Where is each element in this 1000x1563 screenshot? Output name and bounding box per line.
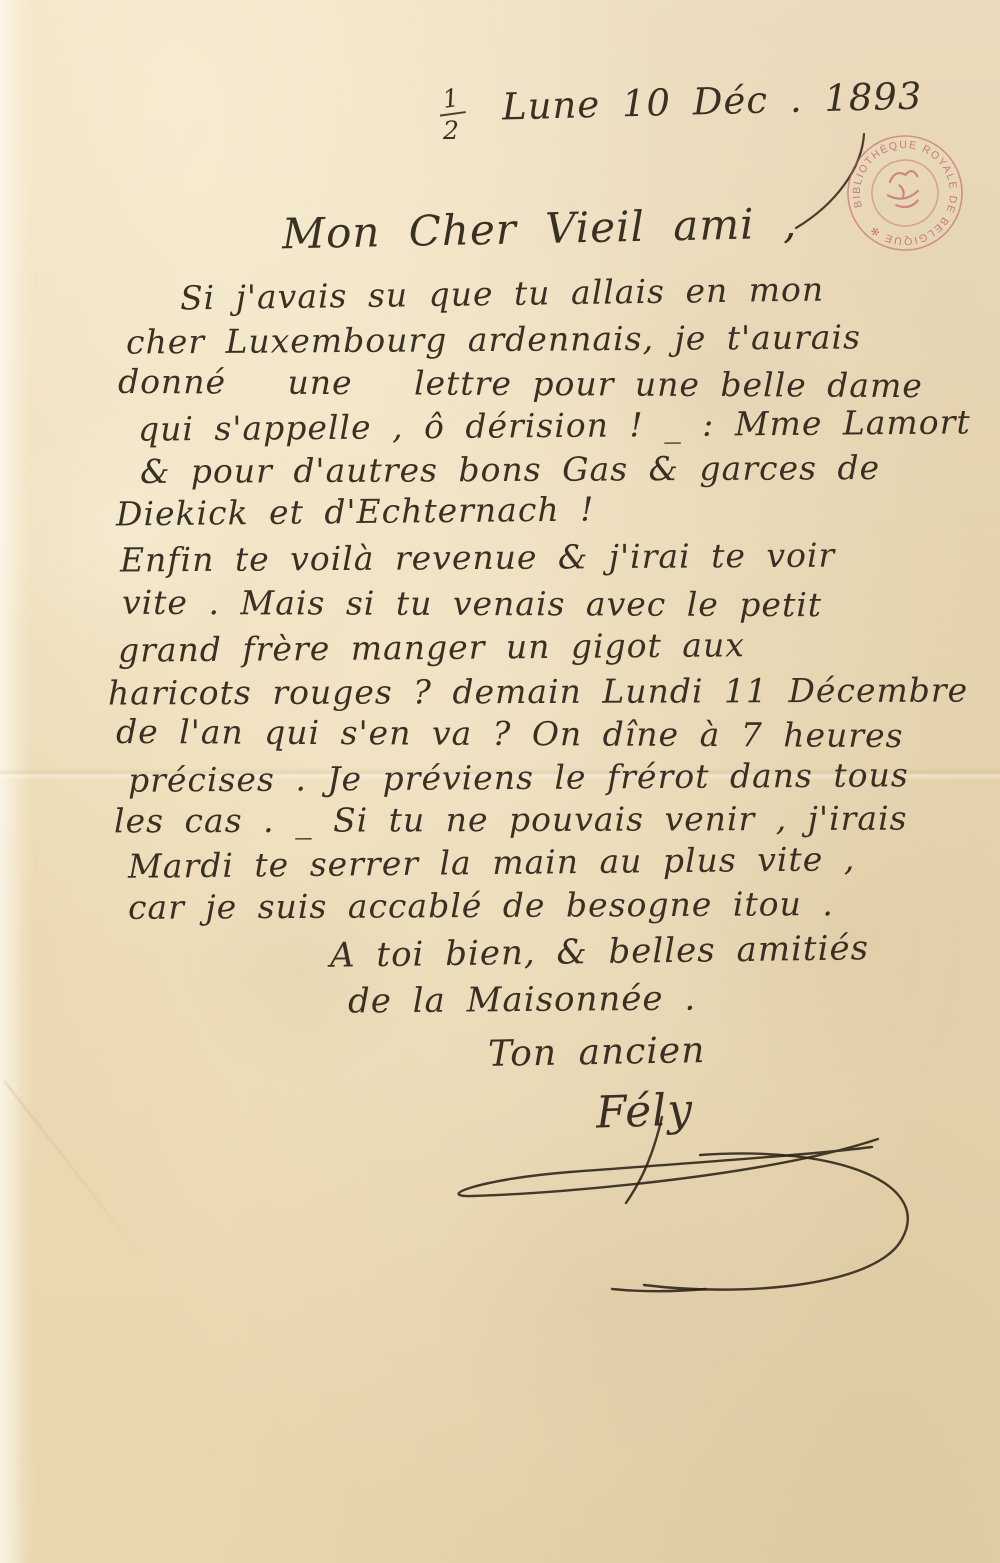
body-line: donné une lettre pour une belle dame: [118, 362, 923, 405]
letter-page: 1 2 Lune 10 Déc . 1893 BIBLIOTHÈQUE ROYA…: [0, 0, 1000, 1563]
body-line: Enfin te voilà revenue & j'irai te voir: [120, 536, 836, 580]
signoff: Ton ancien: [488, 1030, 706, 1075]
date-fraction: 1 2: [438, 86, 464, 143]
date-text: Lune 10 Déc . 1893: [501, 75, 922, 129]
body-line: précises . Je préviens le frérot dans to…: [128, 755, 909, 799]
body-line: & pour d'autres bons Gas & garces de: [140, 448, 880, 491]
body-line: Diekick et d'Echternach !: [116, 489, 595, 533]
stamp-lion-emblem: [882, 168, 925, 212]
body-line: vite . Mais si tu venais avec le petit: [122, 583, 822, 624]
library-stamp-icon: BIBLIOTHÈQUE ROYALE DE BELGIQUE ✻: [838, 126, 972, 260]
corner-crease: [3, 1080, 147, 1263]
signature: Fély: [595, 1084, 694, 1138]
closing-line: A toi bien, & belles amitiés: [330, 928, 870, 976]
body-line: de l'an qui s'en va ? On dîne à 7 heures: [116, 712, 904, 755]
body-line: les cas . _ Si tu ne pouvais venir , j'i…: [114, 799, 908, 841]
body-line: car je suis accablé de besogne itou .: [128, 884, 834, 927]
body-line: haricots rouges ? demain Lundi 11 Décemb…: [108, 670, 968, 712]
body-line: Si j'avais su que tu allais en mon: [180, 270, 825, 318]
fraction-denominator: 2: [443, 115, 459, 143]
body-line: grand frère manger un gigot aux: [118, 625, 745, 669]
paper-left-edge: [0, 0, 22, 1563]
closing-line: de la Maisonnée .: [348, 978, 697, 1021]
fraction-numerator: 1: [436, 84, 466, 116]
stamp-ring-text: BIBLIOTHÈQUE ROYALE DE BELGIQUE ✻: [838, 126, 972, 260]
body-line: qui s'appelle , ô dérision ! _ : Mme Lam…: [138, 402, 971, 448]
body-line: cher Luxembourg ardennais, je t'aurais: [126, 317, 861, 361]
body-line: Mardi te serrer la main au plus vite ,: [128, 839, 856, 886]
svg-text:BIBLIOTHÈQUE ROYALE DE BELGIQU: BIBLIOTHÈQUE ROYALE DE BELGIQUE ✻: [838, 126, 972, 260]
salutation: Mon Cher Vieil ami ,: [282, 199, 798, 259]
